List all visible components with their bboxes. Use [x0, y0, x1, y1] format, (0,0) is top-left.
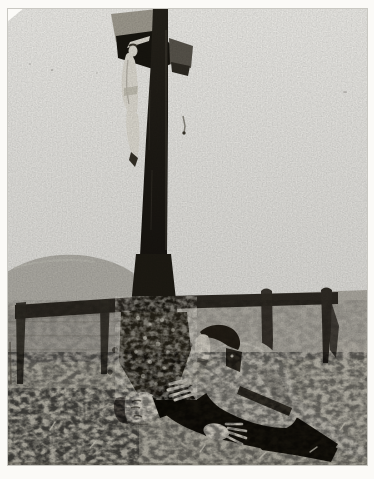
photo-print-page: [0, 0, 374, 479]
film-grain-overlay: [7, 8, 368, 466]
photo-canvas: [0, 0, 374, 479]
photo-area: [7, 8, 374, 466]
photograph: [0, 0, 374, 479]
